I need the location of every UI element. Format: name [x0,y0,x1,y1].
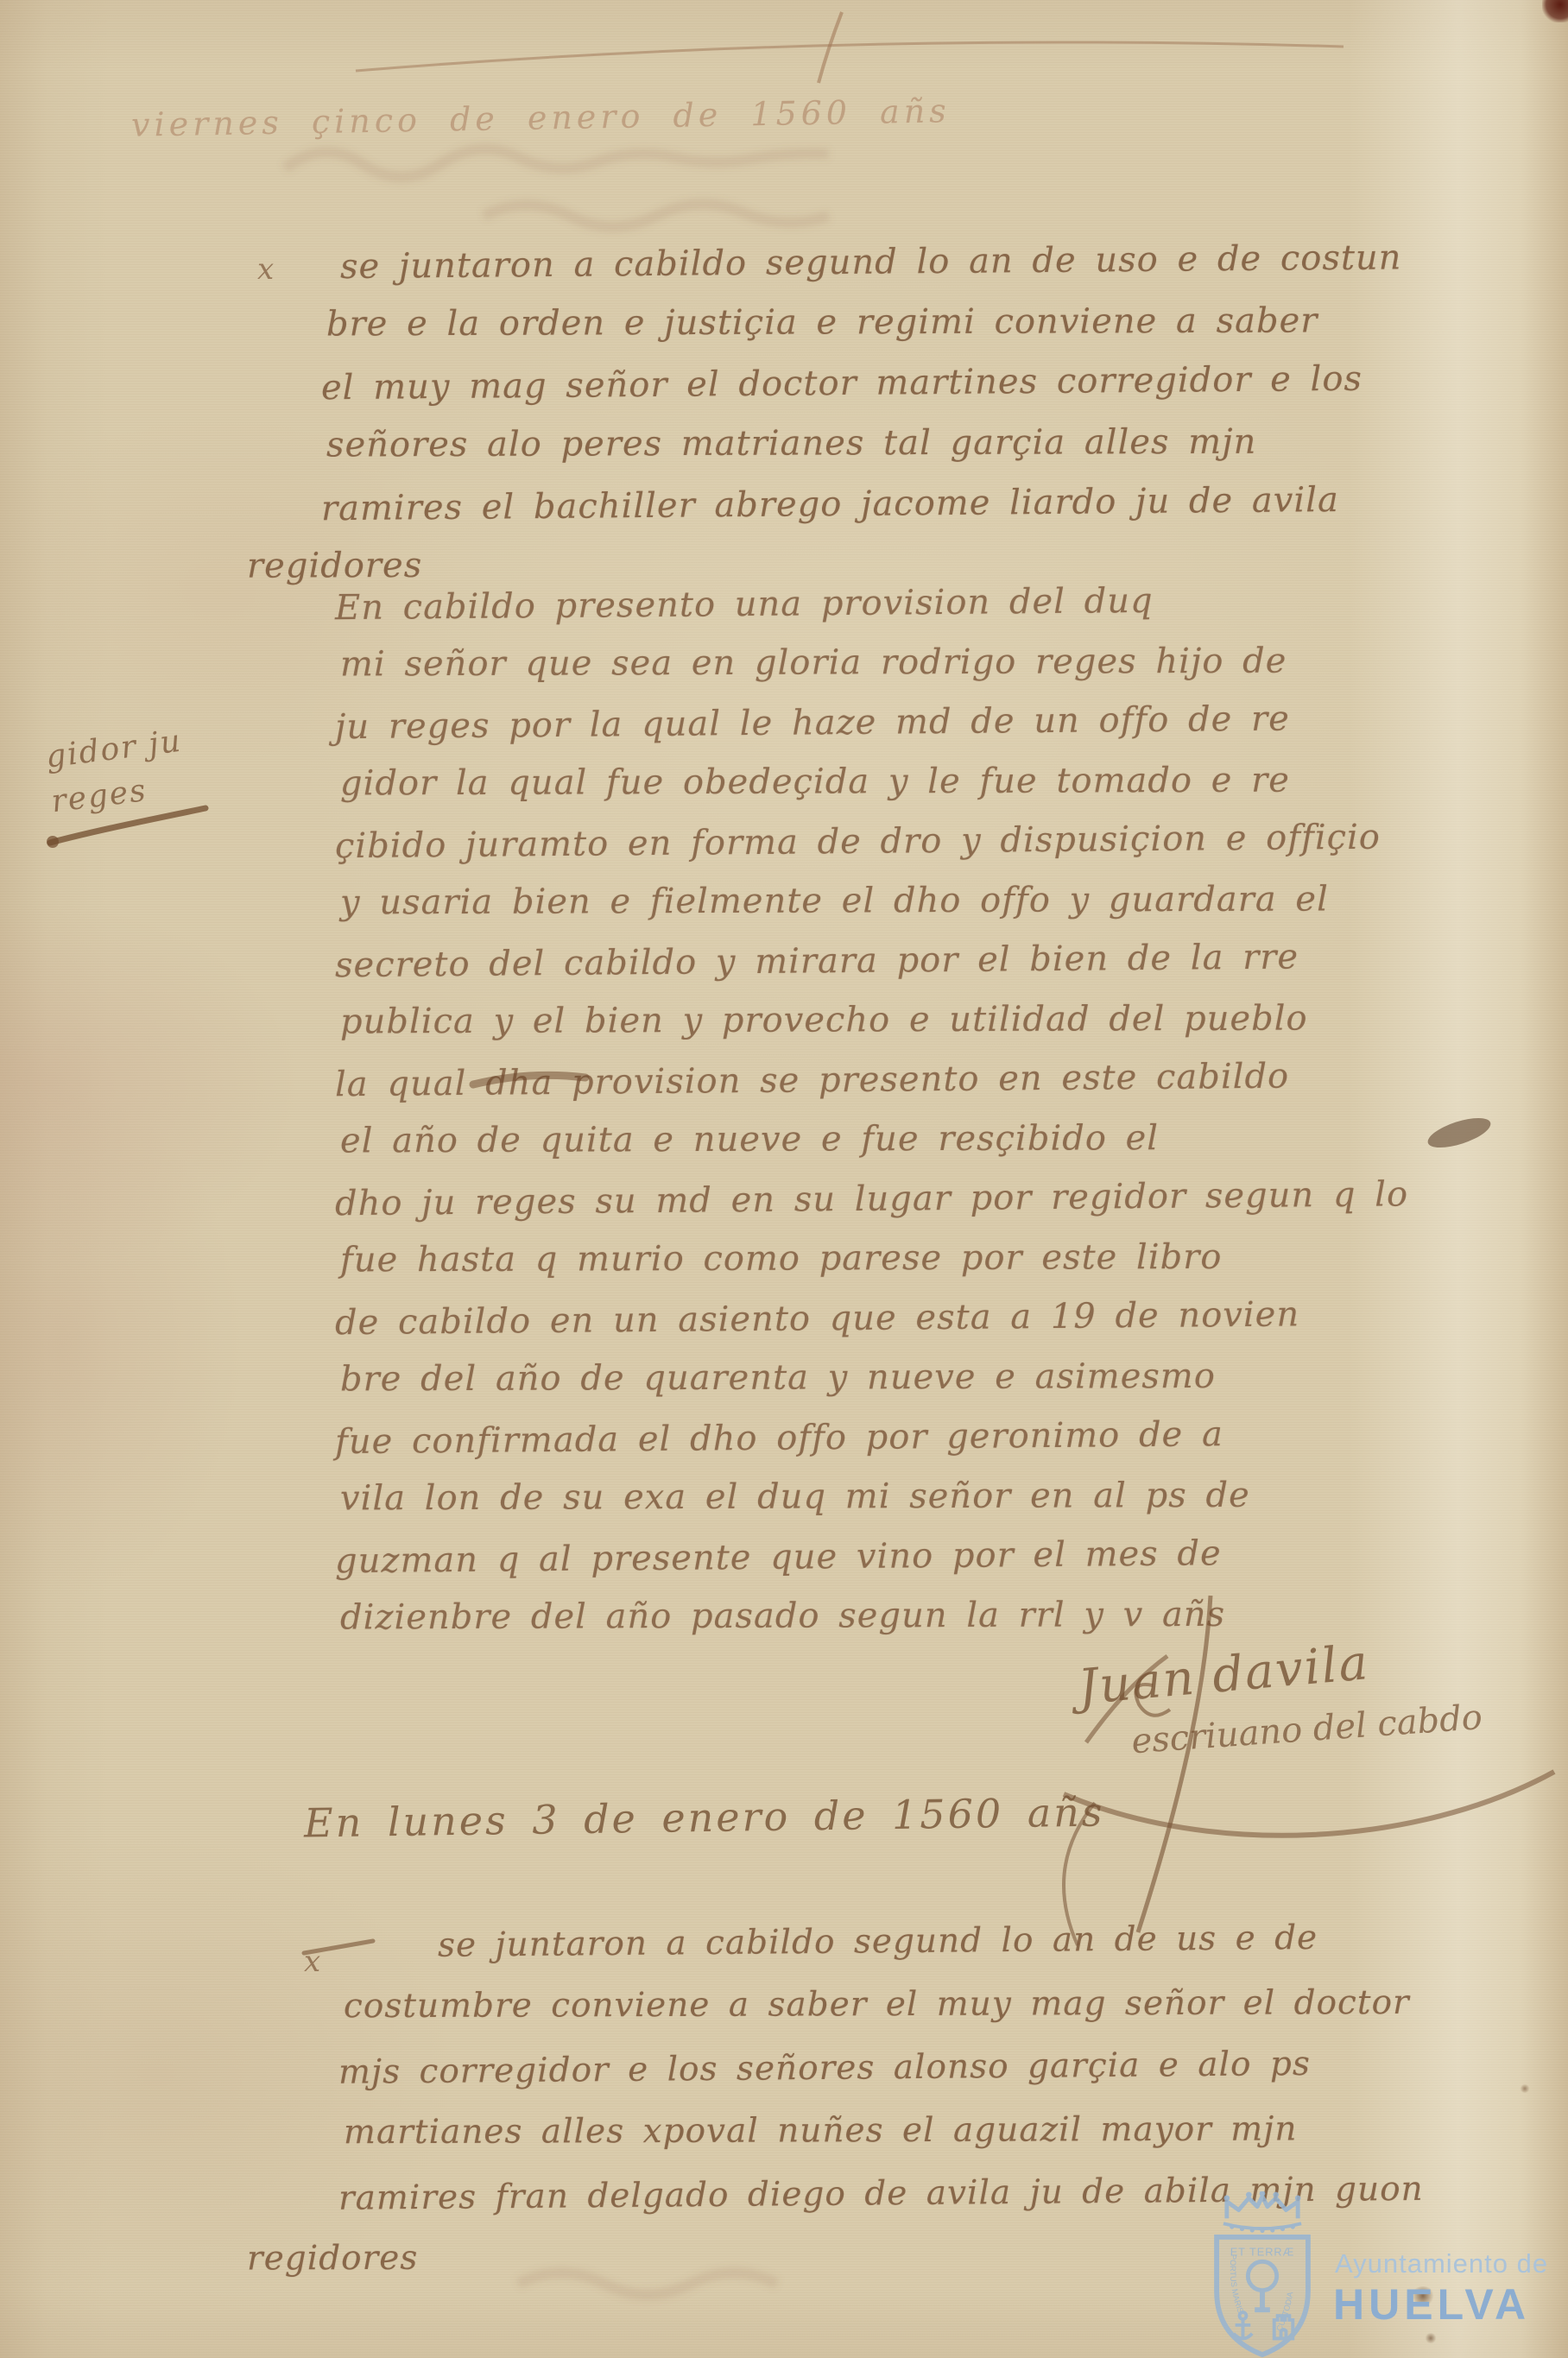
manuscript-line: se juntaron a cabildo segund lo an de us… [338,1905,1488,1978]
manuscript-line: publica y el bien y provecho e utilidad … [340,989,1566,1053]
manuscript-line: fue confirmada el dho offo por geronimo … [335,1402,1562,1472]
scribe-signature: Juan davila escriuano del cabdo [1078,1639,1561,1747]
manuscript-line: el muy mag señor el doctor martines corr… [321,347,1565,419]
manuscript-line: señores alo peres matrianes tal garçia a… [326,410,1568,475]
manuscript-line: ramires el bachiller abrego jacome liard… [321,468,1565,540]
manuscript-line: se juntaron a cabildo segund lo an de us… [321,226,1565,298]
second-entry-paragraph: En cabildo presento una provision del du… [335,573,1561,1646]
entry-cross-marker: x [304,1944,320,1979]
manuscript-line: el año de quita e nueve e fue resçibido … [340,1108,1566,1172]
manuscript-line: guzman q al presente que vino por el mes… [335,1521,1562,1591]
top-pen-stroke [356,42,1344,71]
manuscript-line: ju reges por la qual le haze md de un of… [335,687,1562,757]
corner-stain [1542,0,1568,22]
signature-underline-swash [1064,1772,1554,1836]
manuscript-line: çibido juramto en forma de dro y dispusi… [335,806,1562,876]
manuscript-line: En cabildo presento una provision del du… [335,568,1562,638]
top-pen-slash [819,12,842,83]
manuscript-line: secreto del cabildo y mirara por el bien… [335,926,1562,996]
first-entry-paragraph: x se juntaron a cabildo segund lo an de … [321,231,1565,594]
crown-icon [1223,2197,1301,2228]
ink-speck [1520,2084,1530,2093]
huelva-coat-of-arms-watermark: ET TERRÆ PORTUS MARIS CUSTODIA [1202,2191,1565,2358]
manuscript-line: vila lon de su exa el duq mi señor en al… [340,1465,1566,1529]
manuscript-line: de cabildo en un asiento que esta a 19 d… [335,1283,1562,1353]
manuscript-line: gidor la qual fue obedeçida y le fue tom… [340,750,1566,814]
manuscript-line: y usaria bien e fielmente el dho offo y … [340,869,1566,933]
ink-dot [47,836,59,848]
shield-motto-top: ET TERRÆ [1230,2245,1295,2258]
entry-cross-marker: x [257,252,274,287]
huelva-shield-icon: ET TERRÆ PORTUS MARIS CUSTODIA [1202,2191,1323,2358]
manuscript-line: martianes alles xpoval nuñes el aguazil … [344,2097,1492,2165]
session-date-heading: En lunes 3 de enero de 1560 añs [304,1789,1105,1847]
watermark-org-name: HUELVA [1333,2279,1530,2330]
watermark-org-prefix: Ayuntamiento de [1335,2248,1548,2279]
manuscript-page: viernes çinco de enero de 1560 añs x se … [0,0,1568,2358]
header-date-line: viernes çinco de enero de 1560 añs [131,88,1099,145]
manuscript-line: fue hasta q murio como parese por este l… [340,1227,1566,1291]
manuscript-line: bre del año de quarenta y nueve e asimes… [340,1346,1566,1410]
manuscript-line: bre e la orden e justiçia e regimi convi… [326,289,1568,354]
manuscript-line: mjs corregidor e los señores alonso garç… [338,2031,1488,2104]
manuscript-line: mi señor que sea en gloria rodrigo reges… [340,631,1566,695]
manuscript-line: dho ju reges su md en su lugar por regid… [335,1164,1562,1234]
manuscript-line: la qual dha provision se presento en est… [335,1045,1562,1115]
margin-note: gidor ju reges [43,719,190,825]
manuscript-line: costumbre conviene a saber el muy mag se… [344,1971,1492,2039]
